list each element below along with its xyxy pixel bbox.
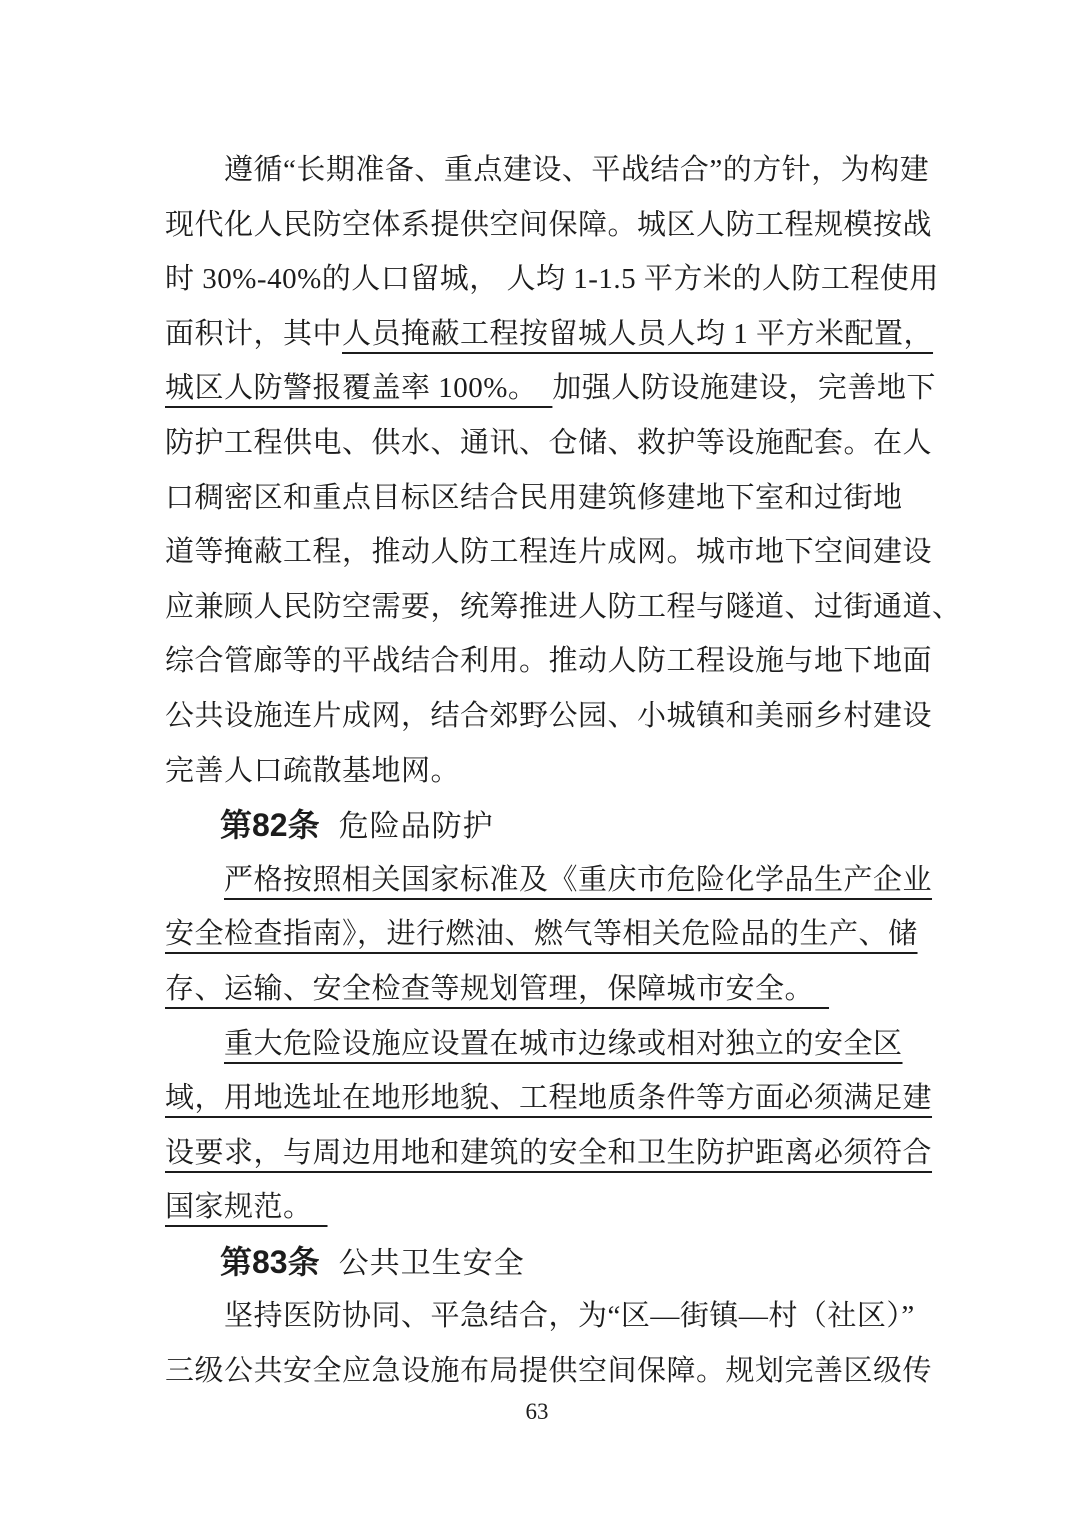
text-line: 安全检查指南》，进行燃油、燃气等相关危险品的生产、储 [165, 907, 935, 962]
document-page: 遵循“长期准备、重点建设、平战结合”的方针，为构建现代化人民防空体系提供空间保障… [0, 0, 1074, 1520]
text-segment: 口稠密区和重点目标区结合民用建筑修建地下室和过街地 [165, 482, 903, 514]
underlined-text: 严格按照相关国家标准及《重庆市危险化学品生产企业 [224, 864, 932, 896]
text-segment: 遵循“长期准备、重点建设、平战结合”的方针，为构建 [224, 154, 929, 186]
underlined-text: 设要求，与周边用地和建筑的安全和卫生防护距离必须符合 [165, 1137, 932, 1169]
text-line: 三级公共安全应急设施布局提供空间保障。规划完善区级传 [165, 1344, 935, 1399]
text-segment: 现代化人民防空体系提供空间保障。城区人防工程规模按战 [165, 209, 932, 241]
underlined-text: 重大危险设施应设置在城市边缘或相对独立的安全区 [224, 1028, 903, 1060]
article-number: 第82条 [220, 807, 320, 843]
text-line: 重大危险设施应设置在城市边缘或相对独立的安全区 [165, 1017, 935, 1072]
text-line: 域，用地选址在地形地貌、工程地质条件等方面必须满足建 [165, 1071, 935, 1126]
text-segment: 面积计，其中 [165, 318, 342, 350]
text-line: 坚持医防协同、平急结合，为“区—街镇—村（社区）” [165, 1289, 935, 1344]
article-heading: 第82条危险品防护 [165, 798, 935, 853]
text-segment: 公共设施连片成网，结合郊野公园、小城镇和美丽乡村建设 [165, 700, 932, 732]
text-segment: 应兼顾人民防空需要，统筹推进人防工程与隧道、过街通道、 [165, 591, 962, 623]
underlined-text: 国家规范。 [165, 1191, 328, 1223]
text-line: 面积计，其中人员掩蔽工程按留城人员人均 1 平方米配置， [165, 307, 935, 362]
text-line: 道等掩蔽工程，推动人防工程连片成网。城市地下空间建设 [165, 525, 935, 580]
underlined-text: 安全检查指南》，进行燃油、燃气等相关危险品的生产、储 [165, 918, 918, 950]
text-line: 遵循“长期准备、重点建设、平战结合”的方针，为构建 [165, 143, 935, 198]
article-title: 公共卫生安全 [339, 1247, 525, 1280]
text-line: 完善人口疏散基地网。 [165, 744, 935, 799]
text-segment: 防护工程供电、供水、通讯、仓储、救护等设施配套。在人 [165, 427, 932, 459]
text-line: 时 30%-40%的人口留城， 人均 1-1.5 平方米的人防工程使用 [165, 252, 935, 307]
text-line: 口稠密区和重点目标区结合民用建筑修建地下室和过街地 [165, 471, 935, 526]
article-title: 危险品防护 [339, 810, 494, 843]
page-number: 63 [0, 1398, 1074, 1426]
text-segment: 加强人防设施建设，完善地下 [552, 372, 936, 404]
text-segment: 三级公共安全应急设施布局提供空间保障。规划完善区级传 [165, 1355, 932, 1387]
text-line: 严格按照相关国家标准及《重庆市危险化学品生产企业 [165, 853, 935, 908]
underlined-text: 城区人防警报覆盖率 100%。 [165, 372, 552, 404]
underlined-text: 存、运输、安全检查等规划管理，保障城市安全。 [165, 973, 829, 1005]
text-segment: 时 30%-40%的人口留城， 人均 1-1.5 平方米的人防工程使用 [165, 263, 939, 295]
underlined-text: 人员掩蔽工程按留城人员人均 1 平方米配置， [342, 318, 933, 350]
text-line: 存、运输、安全检查等规划管理，保障城市安全。 [165, 962, 935, 1017]
text-line: 设要求，与周边用地和建筑的安全和卫生防护距离必须符合 [165, 1126, 935, 1181]
text-line: 国家规范。 [165, 1180, 935, 1235]
text-line: 公共设施连片成网，结合郊野公园、小城镇和美丽乡村建设 [165, 689, 935, 744]
text-line: 城区人防警报覆盖率 100%。 加强人防设施建设，完善地下 [165, 361, 935, 416]
text-segment: 道等掩蔽工程，推动人防工程连片成网。城市地下空间建设 [165, 536, 932, 568]
text-line: 应兼顾人民防空需要，统筹推进人防工程与隧道、过街通道、 [165, 580, 935, 635]
article-heading: 第83条公共卫生安全 [165, 1235, 935, 1290]
text-segment: 完善人口疏散基地网。 [165, 755, 460, 787]
text-line: 防护工程供电、供水、通讯、仓储、救护等设施配套。在人 [165, 416, 935, 471]
underlined-text: 域，用地选址在地形地貌、工程地质条件等方面必须满足建 [165, 1082, 932, 1114]
text-line: 综合管廊等的平战结合利用。推动人防工程设施与地下地面 [165, 634, 935, 689]
text-segment: 综合管廊等的平战结合利用。推动人防工程设施与地下地面 [165, 645, 932, 677]
document-body: 遵循“长期准备、重点建设、平战结合”的方针，为构建现代化人民防空体系提供空间保障… [165, 143, 935, 1399]
text-line: 现代化人民防空体系提供空间保障。城区人防工程规模按战 [165, 198, 935, 253]
article-number: 第83条 [220, 1244, 320, 1280]
text-segment: 坚持医防协同、平急结合，为“区—街镇—村（社区）” [224, 1300, 915, 1332]
